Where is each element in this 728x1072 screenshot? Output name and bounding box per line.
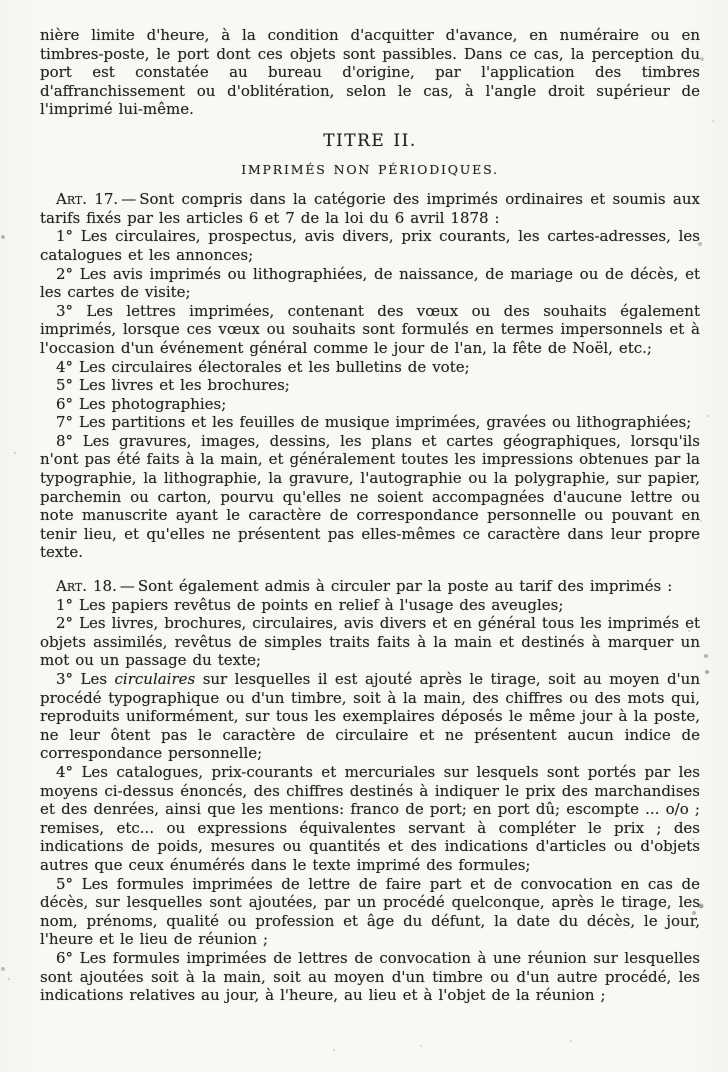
article-18-lead: Art. 18.—Sont également admis à circuler… (40, 577, 700, 596)
article-18-item-2: 2° Les livres, brochures, circulaires, a… (40, 614, 700, 670)
scan-noise-specks (0, 0, 2, 2)
item-number: 7° (56, 413, 73, 431)
continuation-paragraph: nière limite d'heure, à la condition d'a… (40, 26, 700, 119)
article-17-lead-text: Sont compris dans la catégorie des impri… (40, 190, 700, 227)
article-17-lead: Art. 17.—Sont compris dans la catégorie … (40, 190, 700, 227)
item-text: Les circulaires électorales et les bulle… (79, 358, 470, 376)
item-number: 6° (56, 949, 73, 967)
item-text: Les lettres imprimées, contenant des vœu… (40, 302, 700, 357)
item-number: 2° (56, 614, 73, 632)
item-text: Les catalogues, prix-courants et mercuri… (40, 763, 700, 874)
item-number: 4° (56, 358, 73, 376)
item-text-italic-word: circulaires (115, 670, 196, 688)
article-17-item-5: 5° Les livres et les brochures; (40, 376, 700, 395)
article-17: Art. 17.—Sont compris dans la catégorie … (40, 190, 700, 562)
item-number: 6° (56, 395, 73, 413)
article-17-item-1: 1° Les circulaires, prospectus, avis div… (40, 227, 700, 264)
item-number: 1° (56, 227, 73, 245)
item-text: Les papiers revêtus de points en relief … (79, 596, 563, 614)
subtitle-imprimes-non-periodiques: IMPRIMÉS NON PÉRIODIQUES. (40, 161, 700, 180)
article-18-item-6: 6° Les formules imprimées de lettres de … (40, 949, 700, 1005)
article-17-item-7: 7° Les partitions et les feuilles de mus… (40, 413, 700, 432)
item-text: Les livres et les brochures; (79, 376, 290, 394)
article-18-item-5: 5° Les formules imprimées de lettre de f… (40, 875, 700, 949)
article-18-dash: — (117, 577, 138, 595)
item-text: Les avis imprimés ou lithographiées, de … (40, 265, 700, 302)
article-18-item-1: 1° Les papiers revêtus de points en reli… (40, 596, 700, 615)
article-18: Art. 18.—Sont également admis à circuler… (40, 577, 700, 1005)
item-text: Les formules imprimées de lettre de fair… (40, 875, 700, 949)
item-text-pre: Les (81, 670, 115, 688)
article-18-lead-text: Sont également admis à circuler par la p… (138, 577, 672, 595)
scanned-document-page: nière limite d'heure, à la condition d'a… (0, 0, 728, 1072)
item-text: Les photographies; (79, 395, 226, 413)
article-17-item-2: 2° Les avis imprimés ou lithographiées, … (40, 265, 700, 302)
item-number: 5° (56, 376, 73, 394)
article-17-item-3: 3° Les lettres imprimées, contenant des … (40, 302, 700, 358)
item-number: 3° (56, 670, 73, 688)
item-number: 1° (56, 596, 73, 614)
article-17-label: Art. 17. (56, 190, 118, 208)
item-text: Les gravures, images, dessins, les plans… (40, 432, 700, 562)
item-text: Les formules imprimées de lettres de con… (40, 949, 700, 1004)
item-number: 8° (56, 432, 73, 450)
article-18-item-3: 3° Les circulaires sur lesquelles il est… (40, 670, 700, 763)
document-body: nière limite d'heure, à la condition d'a… (40, 26, 700, 1005)
item-text: Les circulaires, prospectus, avis divers… (40, 227, 700, 264)
article-17-dash: — (118, 190, 139, 208)
item-number: 4° (56, 763, 73, 781)
item-number: 3° (56, 302, 73, 320)
item-text: Les partitions et les feuilles de musiqu… (79, 413, 691, 431)
item-number: 5° (56, 875, 73, 893)
article-17-item-6: 6° Les photographies; (40, 395, 700, 414)
article-18-label: Art. 18. (56, 577, 117, 595)
item-number: 2° (56, 265, 73, 283)
article-17-item-4: 4° Les circulaires électorales et les bu… (40, 358, 700, 377)
article-18-item-4: 4° Les catalogues, prix-courants et merc… (40, 763, 700, 875)
title-titre-ii: TITRE II. (40, 132, 700, 151)
article-17-item-8: 8° Les gravures, images, dessins, les pl… (40, 432, 700, 562)
item-text: Les livres, brochures, circulaires, avis… (40, 614, 700, 669)
